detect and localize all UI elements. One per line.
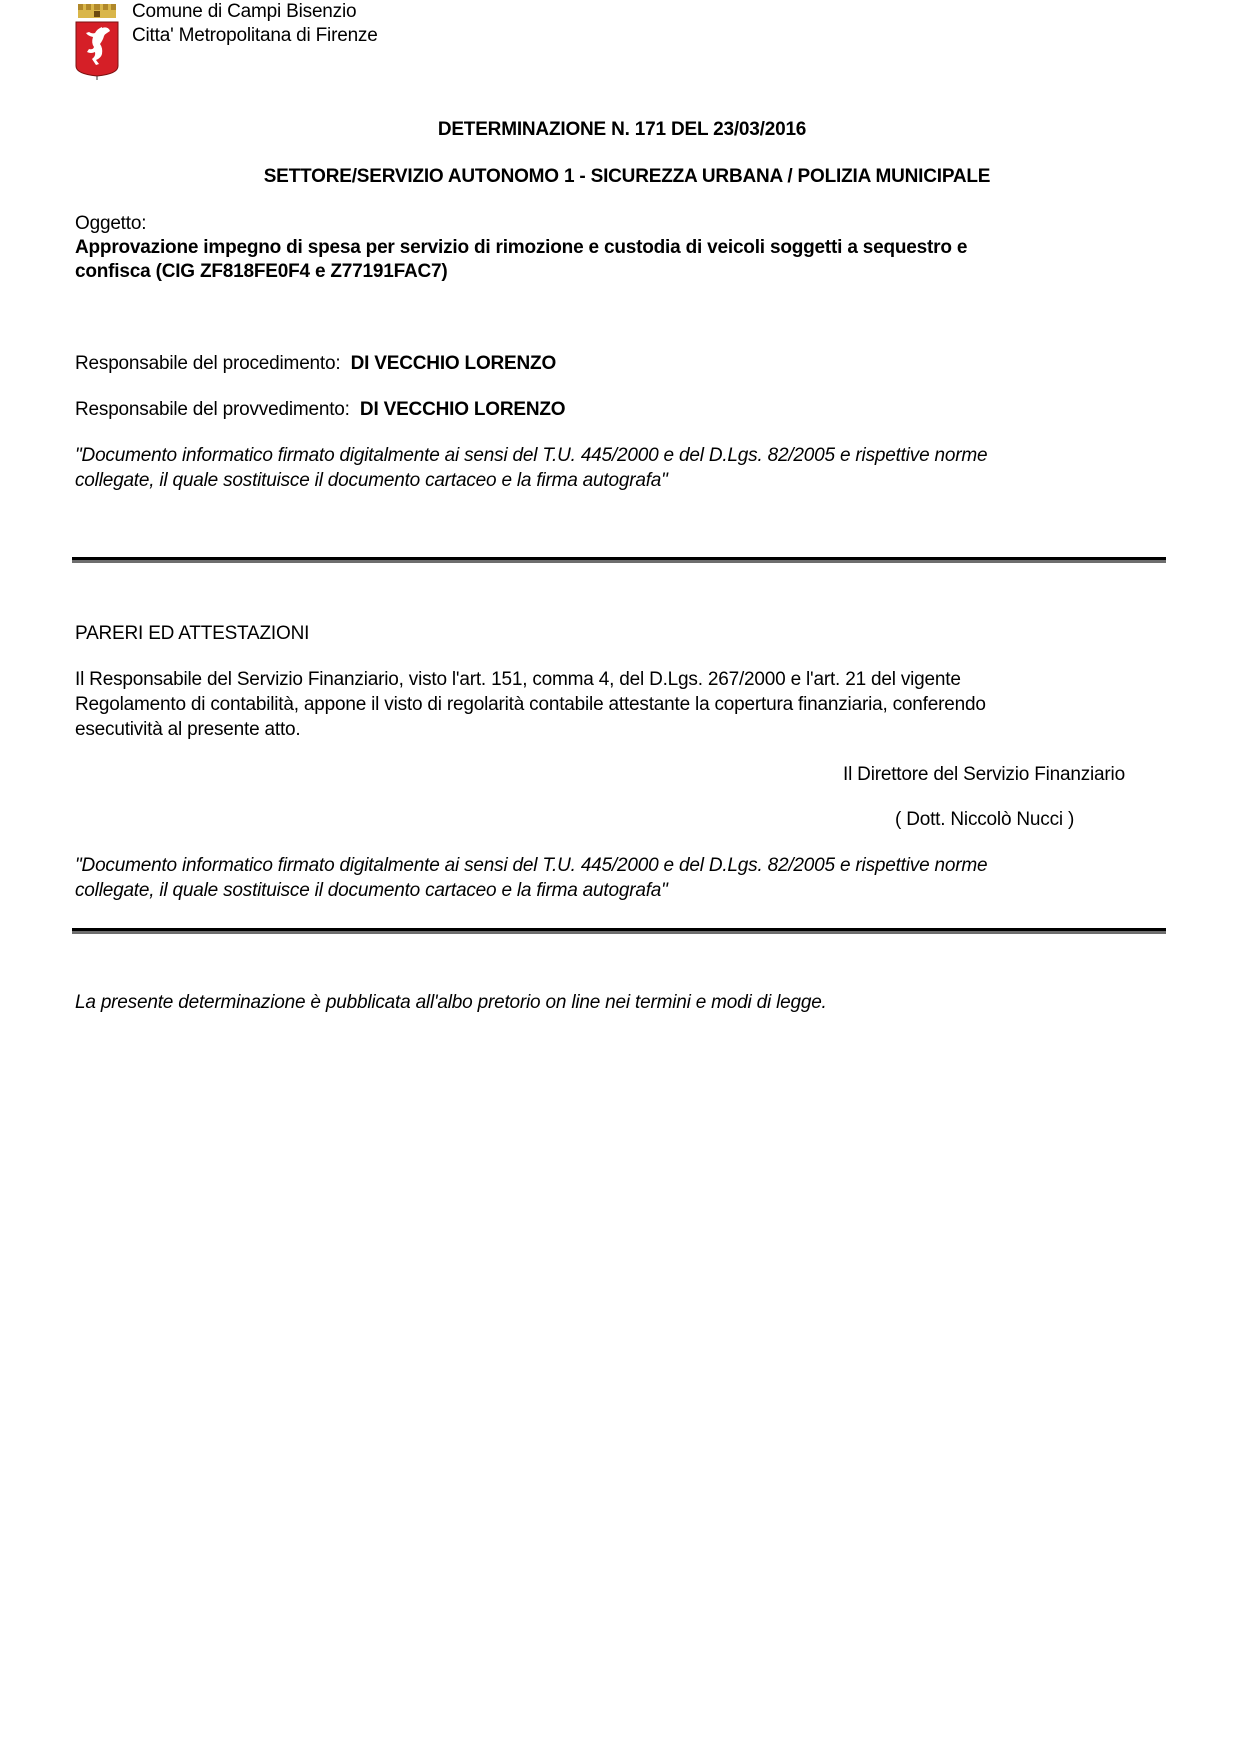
pareri-body-line-2: Regolamento di contabilità, appone il vi… bbox=[75, 692, 986, 718]
publication-note: La presente determinazione è pubblicata … bbox=[75, 990, 827, 1016]
pareri-body-line-1: Il Responsabile del Servizio Finanziario… bbox=[75, 667, 961, 693]
responsabile-provvedimento-label: Responsabile del provvedimento: bbox=[75, 399, 350, 420]
digital-signature-note-2-line-1: "Documento informatico firmato digitalme… bbox=[75, 853, 987, 879]
document-title: DETERMINAZIONE N. 171 DEL 23/03/2016 bbox=[0, 117, 1240, 143]
subject-line-1: Approvazione impegno di spesa per serviz… bbox=[75, 235, 967, 261]
subject-line-2: confisca (CIG ZF818FE0F4 e Z77191FAC7) bbox=[75, 259, 448, 285]
digital-signature-note-2-line-2: collegate, il quale sostituisce il docum… bbox=[75, 878, 668, 904]
municipality-name: Comune di Campi Bisenzio bbox=[132, 0, 356, 25]
section-divider bbox=[72, 557, 1166, 563]
responsabile-procedimento-label: Responsabile del procedimento: bbox=[75, 353, 340, 374]
digital-signature-note-1-line-1: "Documento informatico firmato digitalme… bbox=[75, 443, 987, 469]
responsabile-procedimento-name: DI VECCHIO LORENZO bbox=[351, 353, 556, 374]
digital-signature-note-1-line-2: collegate, il quale sostituisce il docum… bbox=[75, 468, 668, 494]
signer-name: ( Dott. Niccolò Nucci ) bbox=[895, 807, 1074, 833]
signer-role: Il Direttore del Servizio Finanziario bbox=[843, 762, 1125, 788]
sector-title: SETTORE/SERVIZIO AUTONOMO 1 - SICUREZZA … bbox=[7, 164, 1240, 190]
section-divider-2 bbox=[72, 928, 1166, 934]
subject-label: Oggetto: bbox=[75, 211, 146, 237]
pareri-heading: PARERI ED ATTESTAZIONI bbox=[75, 621, 309, 647]
responsabile-procedimento: Responsabile del procedimento: DI VECCHI… bbox=[75, 351, 556, 377]
responsabile-provvedimento-name: DI VECCHIO LORENZO bbox=[360, 399, 565, 420]
pareri-body-line-3: esecutività al presente atto. bbox=[75, 717, 301, 743]
metropolitan-city: Citta' Metropolitana di Firenze bbox=[132, 23, 378, 49]
responsabile-provvedimento: Responsabile del provvedimento: DI VECCH… bbox=[75, 397, 565, 423]
coat-of-arms-icon bbox=[74, 2, 120, 80]
